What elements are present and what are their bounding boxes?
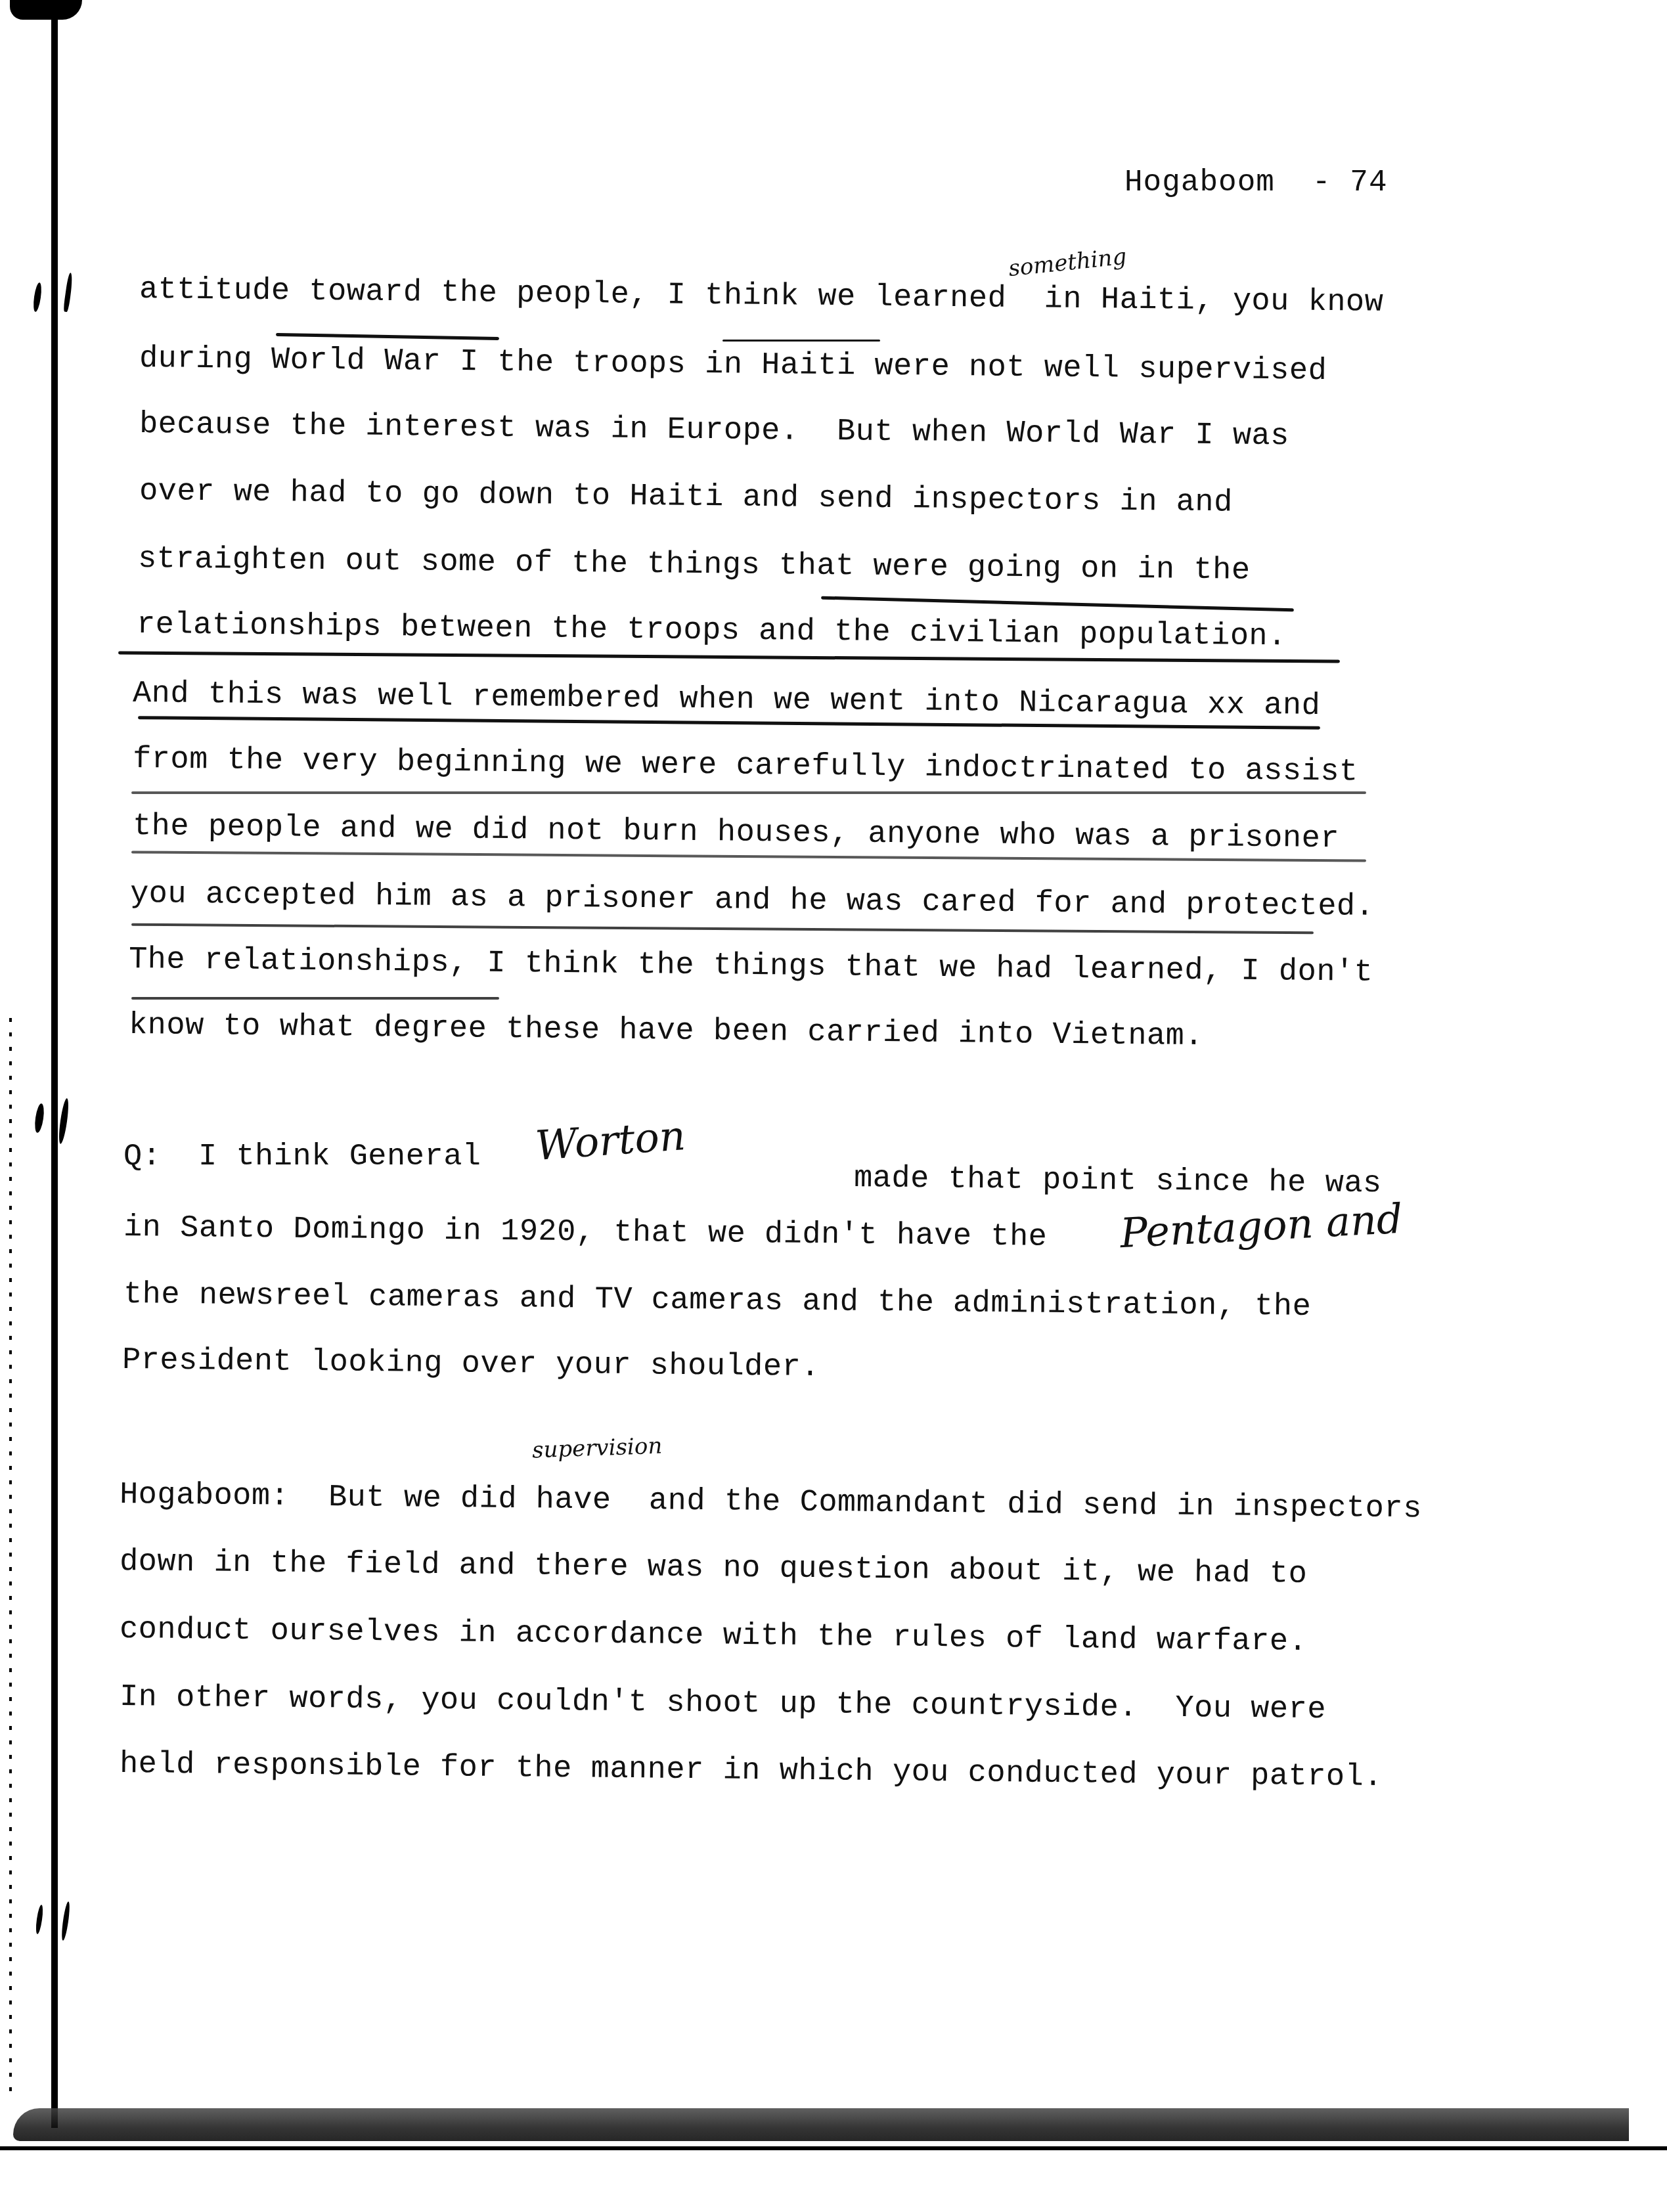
text-line: over we had to go down to Haiti and send…: [139, 474, 1233, 520]
running-head: Hogaboom: [1124, 166, 1275, 200]
text-line: down in the field and there was no quest…: [120, 1545, 1308, 1592]
hand-underline: [131, 923, 1314, 935]
handwritten-insert: Pentagon and: [1119, 1195, 1404, 1257]
text-line: made that point since he was: [854, 1161, 1382, 1201]
handwritten-insert: supervision: [531, 1433, 663, 1464]
text-line: conduct ourselves in accordance with the…: [120, 1612, 1308, 1660]
text-line: I think General: [198, 1139, 481, 1174]
scan-bottom-smear: [13, 2108, 1629, 2141]
margin-mark: [32, 282, 43, 313]
text-line: the newsreel cameras and TV cameras and …: [123, 1277, 1312, 1325]
document-page: Hogaboom - 74 something attitude toward …: [0, 0, 1667, 2212]
margin-mark: [57, 1098, 70, 1145]
header-separator: -: [1312, 166, 1331, 200]
binding-rule: [51, 7, 58, 2128]
text-line: during World War I the troops in Haiti w…: [139, 342, 1327, 389]
scan-bottom-line: [0, 2146, 1667, 2150]
text-line: And this was well remembered when we wen…: [133, 676, 1321, 724]
running-header: Hogaboom - 74: [1124, 166, 1388, 200]
margin-mark: [63, 273, 74, 313]
page-number: 74: [1350, 166, 1387, 200]
text-line: But we did have and the Commandant did s…: [328, 1480, 1422, 1526]
text-line: straighten out some of the things that w…: [138, 542, 1251, 588]
text-line: know to what degree these have been carr…: [129, 1008, 1204, 1054]
hand-underline: [276, 333, 499, 340]
scan-smudge: [10, 0, 82, 20]
text-line: because the interest was in Europe. But …: [139, 407, 1289, 454]
handwritten-insert: something: [1007, 244, 1128, 282]
hand-underline: [131, 997, 499, 1000]
text-line: in Santo Domingo in 1920, that we didn't…: [123, 1210, 1048, 1255]
margin-mark: [33, 1103, 45, 1133]
speaker-label: Hogaboom:: [120, 1478, 290, 1515]
text-line: relationships between the troops and the…: [137, 608, 1287, 654]
margin-mark: [60, 1901, 71, 1941]
hand-underline: [131, 791, 1366, 794]
text-line: the people and we did not burn houses, a…: [133, 809, 1340, 856]
hand-underline: [722, 340, 880, 342]
text-line: In other words, you couldn't shoot up th…: [120, 1680, 1327, 1727]
text-line: The relationships, I think the things th…: [129, 942, 1373, 990]
text-line: attitude toward the people, I think we l…: [139, 273, 1384, 321]
handwritten-name: Worton: [534, 1111, 687, 1170]
speaker-label: Q:: [123, 1139, 161, 1174]
scan-dotted-edge: [9, 1018, 12, 2102]
hand-underline: [821, 596, 1294, 612]
text-line: held responsible for the manner in which…: [120, 1747, 1383, 1795]
text-line: you accepted him as a prisoner and he wa…: [130, 877, 1375, 925]
margin-mark: [35, 1905, 44, 1935]
text-line: President looking over your shoulder.: [122, 1343, 820, 1385]
text-line: from the very beginning we were carefull…: [133, 742, 1358, 790]
